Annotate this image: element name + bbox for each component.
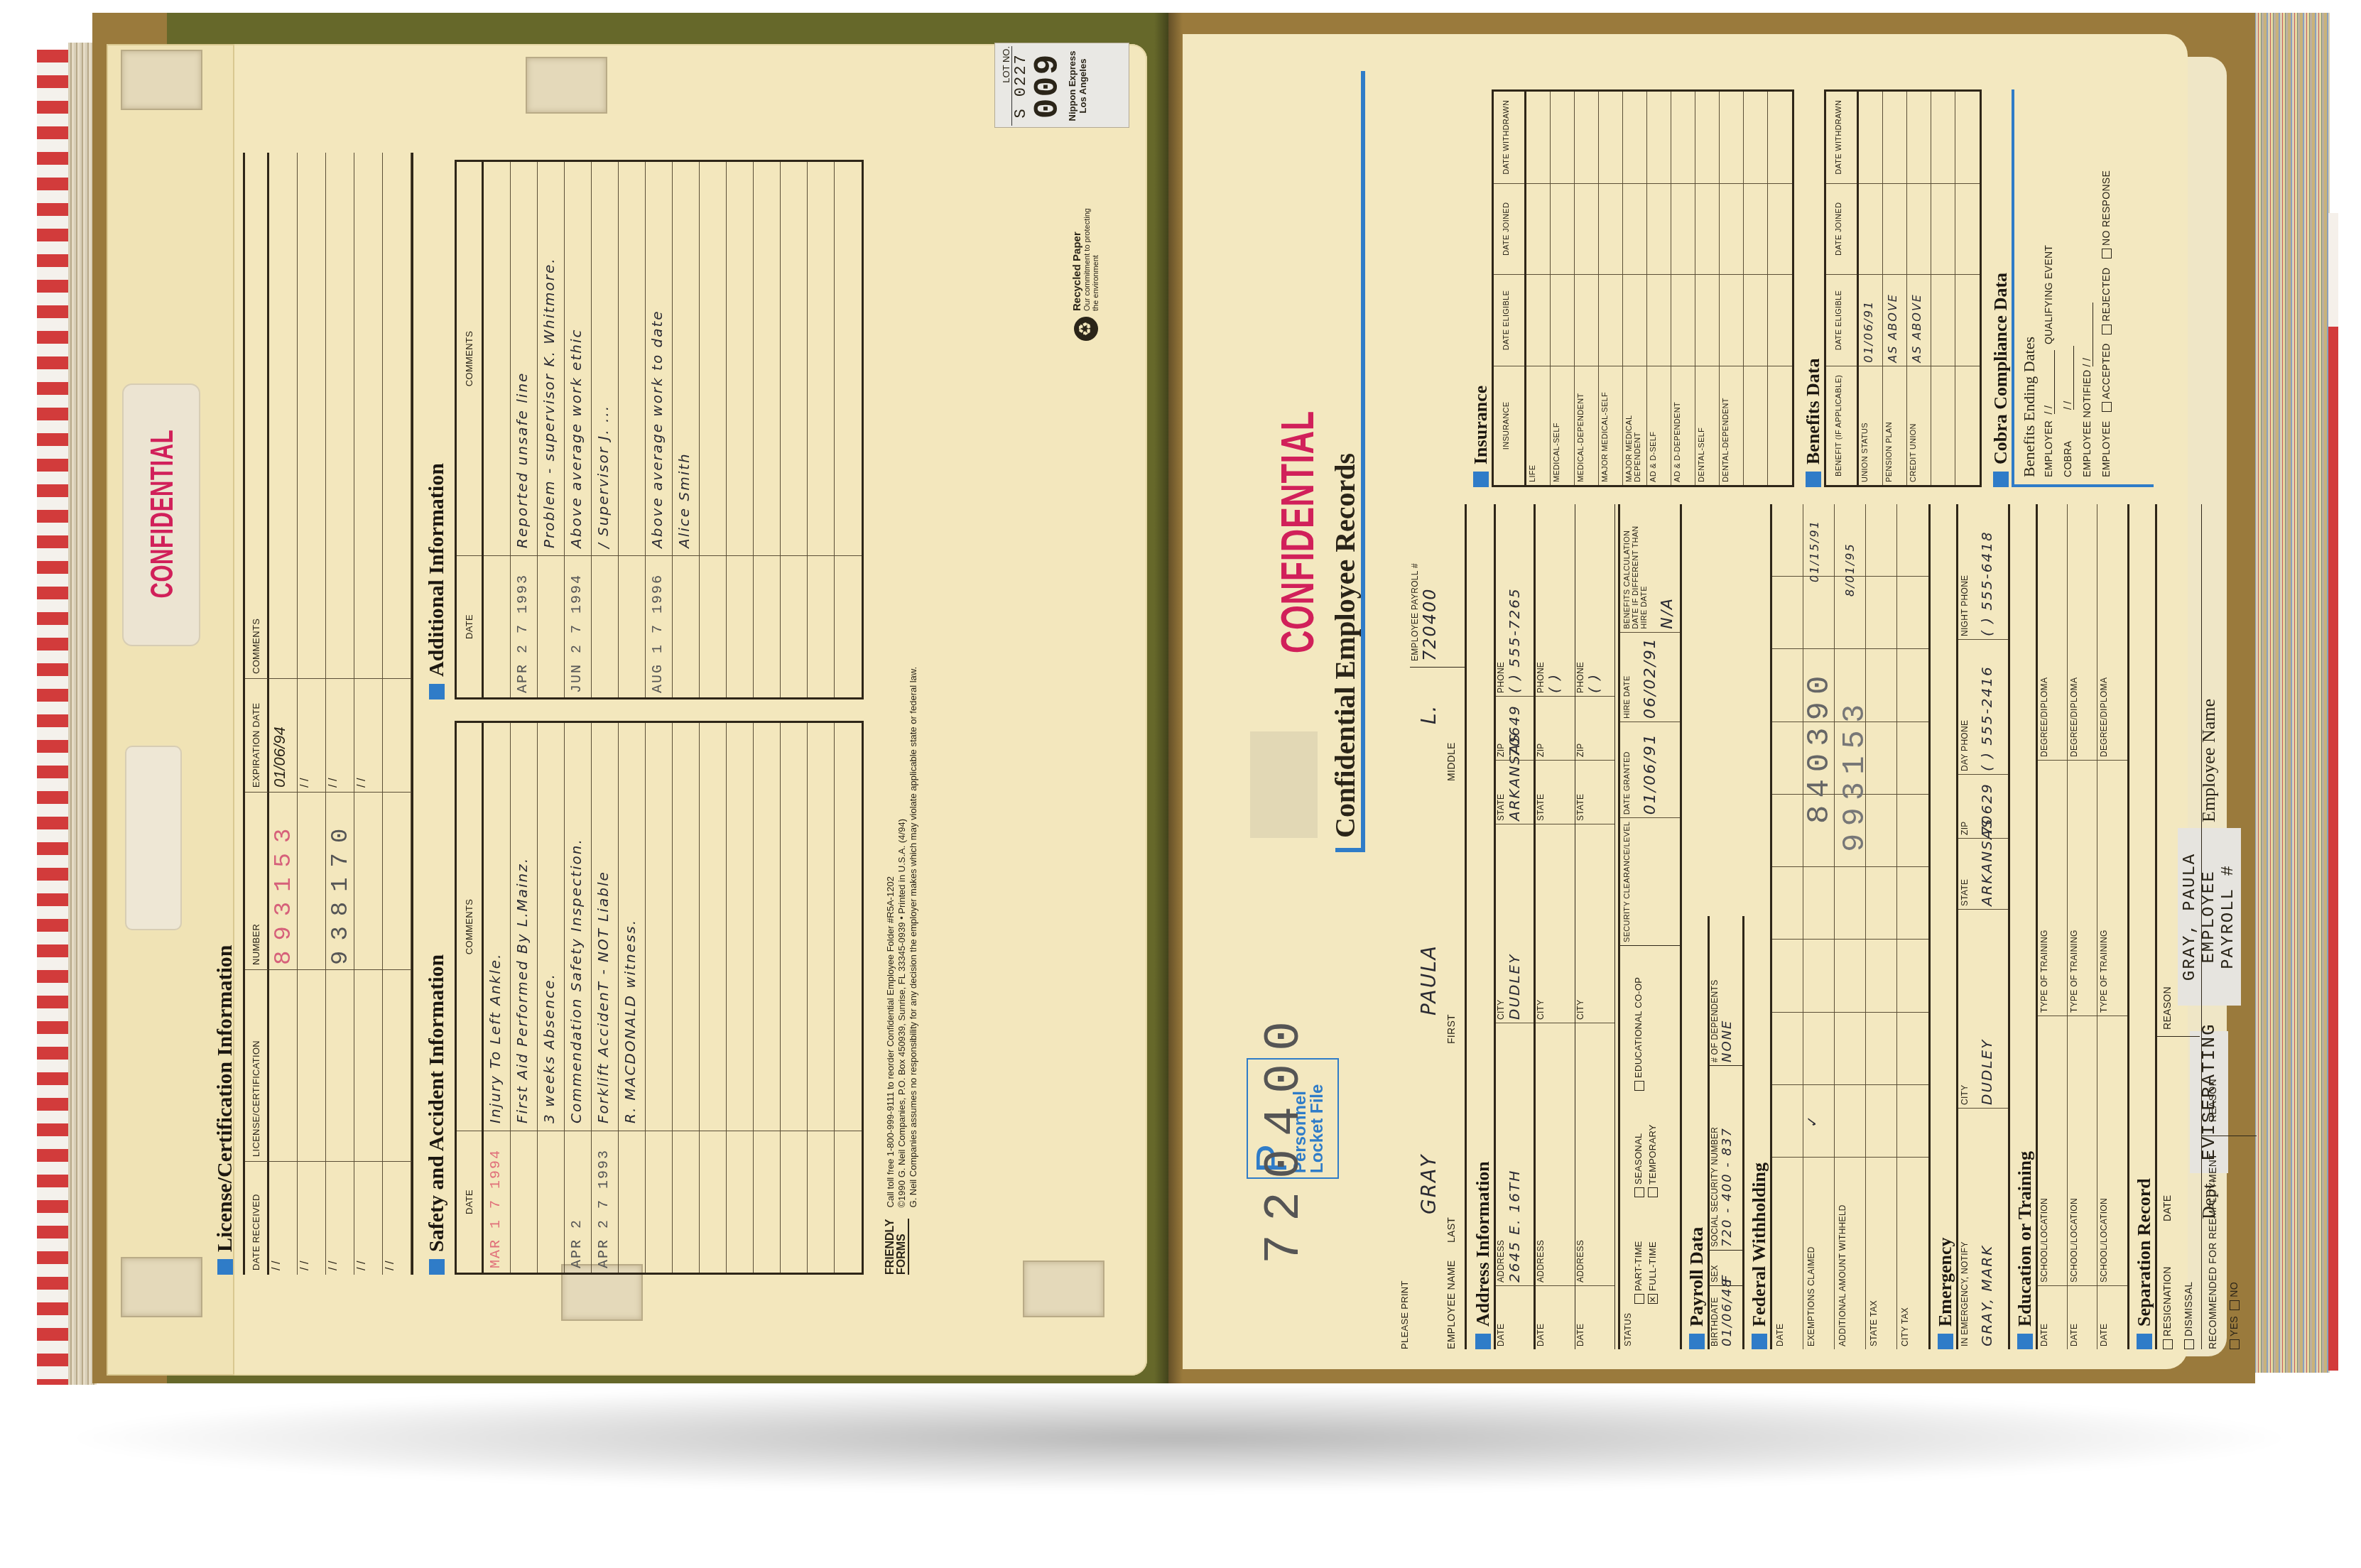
confidential-stamp: CONFIDENTIAL bbox=[145, 435, 180, 599]
safety-row: APR 2 7 1993Forklift AccidenT - NOT Liab… bbox=[592, 723, 619, 1273]
status-label: STATUS bbox=[1623, 949, 1633, 1346]
federal-cell[interactable] bbox=[1772, 722, 1803, 795]
safety-date bbox=[511, 1131, 537, 1273]
safety-row bbox=[646, 723, 673, 1273]
emergency-col-label: ZIP bbox=[1960, 778, 1970, 835]
license-col-header: DATE RECEIVED bbox=[245, 1161, 269, 1275]
safety-date: APR 2 bbox=[565, 1131, 591, 1273]
benefits-cell[interactable]: AS ABOVE bbox=[1907, 274, 1931, 366]
lot-carrier: Nippon Express bbox=[1067, 46, 1078, 126]
insurance-cell[interactable] bbox=[1695, 183, 1719, 275]
insurance-row bbox=[1744, 92, 1768, 485]
license-cell: 01/06/94 bbox=[269, 678, 298, 792]
address-value: ( ) bbox=[1546, 507, 1563, 693]
federal-cell[interactable] bbox=[1803, 577, 1834, 649]
insurance-row: MEDICAL-DEPENDENT bbox=[1575, 92, 1599, 485]
additional-date bbox=[835, 555, 862, 697]
safety-comment bbox=[673, 723, 699, 1131]
education-row: DATESCHOOL/LOCATIONTYPE OF TRAININGDEGRE… bbox=[2097, 504, 2127, 1349]
federal-cell[interactable] bbox=[1772, 795, 1803, 867]
additional-row bbox=[484, 162, 511, 697]
payroll-section-title: Payroll Data bbox=[1686, 504, 1708, 1349]
lot-number: S 0227 bbox=[1012, 46, 1030, 126]
insurance-cell[interactable] bbox=[1647, 92, 1671, 183]
federal-cell[interactable] bbox=[1772, 577, 1803, 649]
status-field-value: 01/06/91 bbox=[1641, 725, 1659, 815]
insurance-cell[interactable] bbox=[1647, 274, 1671, 366]
federal-cell[interactable] bbox=[1897, 940, 1928, 1012]
confidential-stamp-right: CONFIDENTIAL bbox=[1271, 410, 1324, 653]
federal-cell[interactable] bbox=[1897, 649, 1928, 722]
status-option[interactable]: TEMPORARY bbox=[1647, 1091, 1659, 1197]
benefits-cell[interactable] bbox=[1859, 183, 1882, 275]
additional-row: JUN 2 7 1994Above average work ethic bbox=[565, 162, 592, 697]
federal-cell[interactable] bbox=[1772, 867, 1803, 940]
insurance-cell[interactable] bbox=[1526, 92, 1550, 183]
insurance-cell[interactable] bbox=[1623, 92, 1646, 183]
benefits-row-label: PENSION PLAN bbox=[1883, 366, 1906, 485]
safety-date bbox=[808, 1131, 834, 1273]
additional-comment bbox=[700, 162, 726, 555]
insurance-cell[interactable] bbox=[1768, 92, 1792, 183]
license-cell bbox=[354, 153, 383, 678]
license-cell bbox=[298, 792, 326, 969]
address-col-label: ADDRESS bbox=[1536, 1026, 1546, 1283]
insurance-cell[interactable] bbox=[1599, 183, 1622, 275]
federal-row-label: CITY TAX bbox=[1897, 1158, 1928, 1349]
fastener bbox=[526, 57, 607, 114]
insurance-cell[interactable] bbox=[1526, 183, 1550, 275]
additional-comments-header: COMMENTS bbox=[457, 162, 482, 555]
license-col-header: NUMBER bbox=[245, 792, 269, 969]
address-col-label: ADDRESS bbox=[1575, 1026, 1585, 1283]
benefits-row bbox=[1931, 92, 1955, 485]
safety-row bbox=[835, 723, 862, 1273]
insurance-cell[interactable] bbox=[1599, 274, 1622, 366]
employee-payroll-value: 720400 bbox=[1420, 563, 1440, 661]
status-option[interactable]: ✕FULL-TIME bbox=[1647, 1197, 1659, 1304]
safety-date bbox=[673, 1131, 699, 1273]
education-table: DATESCHOOL/LOCATIONTYPE OF TRAININGDEGRE… bbox=[2036, 504, 2129, 1349]
emergency-col-label: CITY bbox=[1960, 913, 1970, 1105]
federal-section-title: Federal Withholding bbox=[1749, 504, 1770, 1349]
federal-cell[interactable] bbox=[1772, 504, 1803, 577]
benefits-row-label: CREDIT UNION bbox=[1907, 366, 1931, 485]
emergency-value: ( ) 555-2416 bbox=[1978, 643, 1995, 771]
education-col-label: SCHOOL/LOCATION bbox=[2038, 1016, 2067, 1285]
federal-row: ADDITIONAL AMOUNT WITHHELD bbox=[1835, 504, 1866, 1349]
safety-row: MAR 1 7 1994Injury To Left Ankle. bbox=[484, 723, 511, 1273]
form-main-column: PLEASE PRINT EMPLOYEE NAME LAST GRAY FIR… bbox=[1399, 504, 2254, 1349]
federal-cell[interactable] bbox=[1897, 722, 1928, 795]
benefits-section-title: Benefits Data bbox=[1803, 89, 1824, 487]
additional-row: Problem - supervisor K. Whitmore. bbox=[538, 162, 565, 697]
status-checkbox[interactable]: ✕ bbox=[1648, 1294, 1658, 1304]
insurance-row: AD & D-SELF bbox=[1647, 92, 1671, 485]
address-col-label: CITY bbox=[1536, 827, 1546, 1020]
federal-row: DATE bbox=[1772, 504, 1803, 1349]
federal-withholding-table: DATEEXEMPTIONS CLAIMED✓ADDITIONAL AMOUNT… bbox=[1770, 504, 1931, 1349]
insurance-cell[interactable] bbox=[1599, 92, 1622, 183]
additional-comment: Problem - supervisor K. Whitmore. bbox=[538, 162, 564, 555]
safety-date bbox=[700, 1131, 726, 1273]
form-footer: FRIENDLYFORMS Call toll free 1-800-999-9… bbox=[885, 138, 919, 1275]
safety-comment: Commendation Safety Inspection. bbox=[565, 723, 591, 1131]
last-name-value: GRAY bbox=[1417, 1154, 1440, 1214]
safety-row: 3 weeks Absence. bbox=[538, 723, 565, 1273]
address-value: 70649 bbox=[1506, 699, 1523, 757]
insurance-cell[interactable] bbox=[1551, 92, 1574, 183]
status-checkbox[interactable] bbox=[1634, 1081, 1644, 1091]
education-col-label: DEGREE/DIPLOMA bbox=[2068, 504, 2097, 760]
emergency-col-label: IN EMERGENCY, NOTIFY bbox=[1960, 1111, 1970, 1346]
additional-comment: Reported unsafe line bbox=[511, 162, 537, 555]
additional-row: AUG 1 7 1996Above average work to date bbox=[646, 162, 673, 697]
insurance-cell[interactable] bbox=[1744, 274, 1767, 366]
benefits-ending-dates-label: Benefits Ending Dates bbox=[2020, 89, 2039, 477]
additional-comment bbox=[484, 162, 510, 555]
address-value: DUDLEY bbox=[1506, 827, 1523, 1020]
federal-cell[interactable] bbox=[1803, 940, 1834, 1012]
additional-row bbox=[619, 162, 646, 697]
insurance-table: INSURANCEDATE ELIGIBLEDATE JOINEDDATE WI… bbox=[1492, 89, 1794, 487]
personnel-folder-photo: CONFIDENTIAL LOT NO. S 0227 009 Nippon E… bbox=[0, 0, 2361, 1568]
address-col-label: PHONE bbox=[1536, 507, 1546, 693]
emergency-value: ( ) 555-6418 bbox=[1978, 507, 1995, 636]
additional-section-title: Additional Information bbox=[425, 160, 449, 699]
benefits-cell[interactable] bbox=[1955, 183, 1980, 275]
benefits-row-label: UNION STATUS bbox=[1859, 366, 1882, 485]
benefits-row bbox=[1955, 92, 1980, 485]
status-checkbox[interactable] bbox=[1634, 1187, 1644, 1197]
address-col-label: STATE bbox=[1575, 763, 1585, 821]
insurance-cell[interactable] bbox=[1647, 183, 1671, 275]
safety-comment bbox=[646, 723, 672, 1131]
license-col-header: EXPIRATION DATE bbox=[245, 678, 269, 792]
status-field-value: 06/02/91 bbox=[1641, 636, 1659, 719]
benefits-row: PENSION PLANAS ABOVE bbox=[1883, 92, 1907, 485]
license-cell: / / bbox=[354, 1161, 383, 1275]
insurance-cell[interactable] bbox=[1575, 183, 1598, 275]
additional-comment bbox=[727, 162, 753, 555]
address-table: DATEADDRESS2645 E. 16THCITYDUDLEYSTATEAR… bbox=[1494, 504, 1615, 1349]
insurance-cell[interactable] bbox=[1695, 92, 1719, 183]
insurance-cell[interactable] bbox=[1575, 274, 1598, 366]
insurance-row: MAJOR MEDICAL-SELF bbox=[1599, 92, 1623, 485]
safety-date bbox=[754, 1131, 780, 1273]
safety-row bbox=[700, 723, 727, 1273]
insurance-cell[interactable] bbox=[1623, 183, 1646, 275]
benefits-cell[interactable] bbox=[1883, 183, 1906, 275]
education-row: DATESCHOOL/LOCATIONTYPE OF TRAININGDEGRE… bbox=[2068, 504, 2097, 1349]
insurance-cell[interactable] bbox=[1744, 183, 1767, 275]
safety-date bbox=[538, 1131, 564, 1273]
safety-date bbox=[619, 1131, 645, 1273]
additional-date bbox=[754, 555, 780, 697]
safety-row: R. MACDONALD witness. bbox=[619, 723, 646, 1273]
cobra-rejected-checkbox[interactable] bbox=[2102, 325, 2112, 334]
license-cell: / / bbox=[326, 678, 354, 792]
federal-cell[interactable] bbox=[1866, 1085, 1896, 1158]
additional-date bbox=[808, 555, 834, 697]
cobra-section-title: Cobra Compliance Data bbox=[1990, 89, 2012, 487]
additional-date bbox=[700, 555, 726, 697]
insurance-cell[interactable] bbox=[1671, 92, 1695, 183]
insurance-row-label bbox=[1768, 366, 1792, 485]
additional-date bbox=[619, 555, 645, 697]
status-field-value: N/A bbox=[1659, 507, 1676, 629]
drop-shadow bbox=[57, 1385, 2301, 1491]
page-edges-left bbox=[37, 50, 70, 1385]
first-name-value: PAULA bbox=[1417, 944, 1440, 1016]
insurance-row-label: LIFE bbox=[1526, 366, 1550, 485]
benefits-cell[interactable]: 01/06/91 bbox=[1859, 274, 1882, 366]
benefits-cell[interactable] bbox=[1907, 92, 1931, 183]
license-cell bbox=[383, 678, 411, 792]
education-col-label: DATE bbox=[2038, 1285, 2067, 1349]
status-checkbox[interactable] bbox=[1648, 1187, 1658, 1197]
insurance-row: AD & D-DEPENDENT bbox=[1671, 92, 1695, 485]
safety-row bbox=[781, 723, 808, 1273]
license-cell: / / bbox=[383, 1161, 411, 1275]
insurance-section-title: Insurance bbox=[1470, 89, 1492, 487]
safety-comment: 3 weeks Absence. bbox=[538, 723, 564, 1131]
education-col-label: DATE bbox=[2068, 1285, 2097, 1349]
license-cell bbox=[383, 969, 411, 1161]
footer-line-3: G. Neil Companies assumes no responsibil… bbox=[908, 667, 919, 1208]
education-section-title: Education or Training bbox=[2014, 504, 2036, 1349]
benefits-cell[interactable] bbox=[1955, 274, 1980, 366]
address-col-label: DATE bbox=[1575, 1289, 1585, 1346]
additional-date bbox=[781, 555, 807, 697]
federal-cell[interactable] bbox=[1835, 867, 1865, 940]
federal-cell[interactable] bbox=[1866, 867, 1896, 940]
license-cell bbox=[326, 969, 354, 1161]
license-cell bbox=[269, 969, 298, 1161]
federal-cell[interactable] bbox=[1866, 577, 1896, 649]
benefits-cell[interactable]: AS ABOVE bbox=[1883, 274, 1906, 366]
license-cell: / / bbox=[354, 678, 383, 792]
fastener bbox=[121, 50, 202, 110]
benefits-cell[interactable] bbox=[1931, 92, 1955, 183]
additional-date: JUN 2 7 1994 bbox=[565, 555, 591, 697]
insurance-cell[interactable] bbox=[1720, 183, 1743, 275]
safety-comment bbox=[808, 723, 834, 1131]
safety-comment bbox=[781, 723, 807, 1131]
additional-comment: Above average work to date bbox=[646, 162, 672, 555]
dismissal-checkbox[interactable] bbox=[2184, 1339, 2194, 1349]
license-cell: / / bbox=[326, 1161, 354, 1275]
emergency-value: ARKANSAS bbox=[1978, 842, 1995, 906]
section-marker-icon bbox=[429, 1259, 445, 1275]
middle-initial-value: L. bbox=[1417, 704, 1440, 725]
status-option[interactable]: SEASONAL bbox=[1633, 1091, 1644, 1197]
additional-row: APR 2 7 1993Reported unsafe line bbox=[511, 162, 538, 697]
status-row: STATUSPART-TIMESEASONALEDUCATIONAL CO-OP… bbox=[1618, 504, 1682, 1349]
recycled-title: Recycled Paper bbox=[1071, 205, 1083, 311]
stamp-2-note: 8/01/95 bbox=[1843, 543, 1857, 597]
federal-cell[interactable] bbox=[1897, 1013, 1928, 1085]
license-cell bbox=[383, 792, 411, 969]
license-table: DATE RECEIVEDLICENSE/CERTIFICATIONNUMBER… bbox=[243, 153, 413, 1275]
status-checkbox[interactable] bbox=[1634, 1294, 1644, 1304]
additional-comment bbox=[781, 162, 807, 555]
federal-cell[interactable] bbox=[1897, 867, 1928, 940]
rehire-no-checkbox[interactable] bbox=[2230, 1300, 2240, 1310]
safety-row: First Aid Performed By L.Mainz. bbox=[511, 723, 538, 1273]
federal-cell[interactable] bbox=[1835, 1013, 1865, 1085]
section-marker-icon bbox=[217, 1259, 233, 1275]
address-col-label: ZIP bbox=[1496, 699, 1506, 757]
safety-date bbox=[835, 1131, 862, 1273]
federal-cell[interactable] bbox=[1897, 795, 1928, 867]
insurance-cell[interactable] bbox=[1768, 274, 1792, 366]
address-row: DATEADDRESSCITYSTATEZIPPHONE( ) bbox=[1575, 504, 1615, 1349]
insurance-cell[interactable] bbox=[1671, 274, 1695, 366]
status-option[interactable]: EDUCATIONAL CO-OP bbox=[1633, 949, 1644, 1091]
license-cell bbox=[298, 969, 326, 1161]
additional-row bbox=[754, 162, 781, 697]
additional-comment bbox=[619, 162, 645, 555]
insurance-cell[interactable] bbox=[1575, 92, 1598, 183]
status-option[interactable]: PART-TIME bbox=[1633, 1197, 1644, 1304]
education-col-label: DEGREE/DIPLOMA bbox=[2038, 504, 2067, 760]
payroll-stamp-1: 840390 bbox=[1802, 669, 1838, 824]
license-col-header: COMMENTS bbox=[245, 153, 269, 678]
insurance-cell[interactable] bbox=[1720, 274, 1743, 366]
additional-row bbox=[700, 162, 727, 697]
federal-row-label: EXEMPTIONS CLAIMED bbox=[1803, 1158, 1834, 1349]
license-cell bbox=[298, 153, 326, 678]
benefits-col-header: BENEFIT (IF APPLICABLE) bbox=[1826, 366, 1857, 485]
federal-cell[interactable] bbox=[1866, 504, 1896, 577]
status-field-label: HIRE DATE bbox=[1623, 636, 1632, 719]
benefits-cell[interactable] bbox=[1859, 92, 1882, 183]
safety-comments-header: COMMENTS bbox=[457, 723, 482, 1131]
federal-cell[interactable] bbox=[1835, 1085, 1865, 1158]
address-col-label: PHONE bbox=[1496, 507, 1506, 693]
benefits-row: UNION STATUS01/06/91 bbox=[1859, 92, 1883, 485]
benefits-col-header: DATE WITHDRAWN bbox=[1826, 92, 1857, 183]
form-side-column: Insurance INSURANCEDATE ELIGIBLEDATE JOI… bbox=[1399, 89, 2254, 487]
insurance-cell[interactable] bbox=[1744, 92, 1767, 183]
insurance-row-label: DENTAL-SELF bbox=[1695, 366, 1719, 485]
safety-comment: Injury To Left Ankle. bbox=[484, 723, 510, 1131]
address-section-title: Address Information bbox=[1472, 504, 1494, 1349]
insurance-col-header: DATE ELIGIBLE bbox=[1494, 274, 1524, 366]
payroll-row: BIRTHDATE01/06/48 SEXF SOCIAL SECURITY N… bbox=[1708, 916, 1744, 1349]
lot-label: LOT NO. S 0227 009 Nippon Express Los An… bbox=[994, 43, 1129, 128]
safety-comment bbox=[835, 723, 862, 1131]
payroll-stamp-2: 993153 bbox=[1838, 697, 1873, 852]
insurance-row bbox=[1768, 92, 1792, 485]
insurance-cell[interactable] bbox=[1671, 183, 1695, 275]
label-sticker-blank bbox=[125, 746, 182, 930]
benefits-col-header: DATE JOINED bbox=[1826, 183, 1857, 275]
additional-comment bbox=[754, 162, 780, 555]
safety-table: DATECOMMENTSMAR 1 7 1994Injury To Left A… bbox=[455, 721, 864, 1275]
insurance-cell[interactable] bbox=[1720, 92, 1743, 183]
federal-cell[interactable] bbox=[1772, 940, 1803, 1012]
cobra-no-response-checkbox[interactable] bbox=[2102, 249, 2112, 258]
address-col-label: STATE bbox=[1536, 763, 1546, 821]
benefits-cell[interactable] bbox=[1931, 183, 1955, 275]
federal-cell[interactable] bbox=[1835, 940, 1865, 1012]
federal-cell[interactable] bbox=[1866, 1013, 1896, 1085]
address-row: DATEADDRESS2645 E. 16THCITYDUDLEYSTATEAR… bbox=[1496, 504, 1536, 1349]
cobra-accepted-checkbox[interactable] bbox=[2102, 402, 2112, 412]
insurance-row: DENTAL-SELF bbox=[1695, 92, 1720, 485]
additional-row: Alice Smith bbox=[673, 162, 700, 697]
federal-row-label: STATE TAX bbox=[1866, 1158, 1896, 1349]
insurance-cell[interactable] bbox=[1768, 183, 1792, 275]
federal-cell[interactable] bbox=[1897, 577, 1928, 649]
federal-cell[interactable] bbox=[1772, 1085, 1803, 1158]
license-cell: 893153 bbox=[269, 792, 298, 969]
additional-row bbox=[727, 162, 754, 697]
safety-date bbox=[646, 1131, 672, 1273]
emergency-section-title: Emergency bbox=[1935, 504, 1956, 1349]
federal-cell[interactable]: ✓ bbox=[1803, 1085, 1834, 1158]
benefits-row-label bbox=[1955, 366, 1980, 485]
insurance-cell[interactable] bbox=[1551, 183, 1574, 275]
education-col-label: SCHOOL/LOCATION bbox=[2068, 1016, 2097, 1285]
federal-cell[interactable] bbox=[1772, 1013, 1803, 1085]
benefits-cell[interactable] bbox=[1931, 274, 1955, 366]
address-col-label: CITY bbox=[1496, 827, 1506, 1020]
federal-cell[interactable] bbox=[1897, 504, 1928, 577]
education-col-label: DEGREE/DIPLOMA bbox=[2097, 504, 2127, 760]
resignation-checkbox[interactable] bbox=[2163, 1339, 2173, 1349]
additional-date: AUG 1 7 1996 bbox=[646, 555, 672, 697]
recycle-icon: ♻ bbox=[1074, 317, 1098, 341]
additional-date bbox=[727, 555, 753, 697]
emergency-value: 70629 bbox=[1978, 778, 1995, 835]
safety-row: APR 2Commendation Safety Inspection. bbox=[565, 723, 592, 1273]
insurance-row-label: MEDICAL-DEPENDENT bbox=[1575, 366, 1598, 485]
insurance-cell[interactable] bbox=[1695, 274, 1719, 366]
additional-table: DATECOMMENTSAPR 2 7 1993Reported unsafe … bbox=[455, 160, 864, 699]
federal-cell[interactable] bbox=[1803, 1013, 1834, 1085]
federal-row: STATE TAX bbox=[1866, 504, 1897, 1349]
benefits-row-label bbox=[1931, 366, 1955, 485]
additional-date bbox=[538, 555, 564, 697]
address-col-label: DATE bbox=[1496, 1289, 1506, 1346]
federal-cell[interactable] bbox=[1772, 649, 1803, 722]
employee-name-row: EMPLOYEE NAME LAST GRAY FIRST PAULA MIDD… bbox=[1417, 504, 1467, 1349]
benefits-cell[interactable] bbox=[1907, 183, 1931, 275]
benefits-cell[interactable] bbox=[1883, 92, 1906, 183]
benefits-cell[interactable] bbox=[1955, 92, 1980, 183]
insurance-cell[interactable] bbox=[1526, 274, 1550, 366]
federal-cell[interactable] bbox=[1866, 940, 1896, 1012]
additional-date bbox=[484, 555, 510, 697]
insurance-row: MAJOR MEDICAL DEPENDENT bbox=[1623, 92, 1647, 485]
insurance-cell[interactable] bbox=[1623, 274, 1646, 366]
lot-city: Los Angeles bbox=[1078, 46, 1088, 126]
education-col-label: TYPE OF TRAINING bbox=[2038, 760, 2067, 1016]
federal-cell[interactable] bbox=[1803, 867, 1834, 940]
rehire-yes-checkbox[interactable] bbox=[2230, 1339, 2240, 1349]
insurance-row-label: MAJOR MEDICAL DEPENDENT bbox=[1623, 366, 1646, 485]
insurance-row-label: DENTAL-DEPENDENT bbox=[1720, 366, 1743, 485]
license-cell: 938170 bbox=[326, 792, 354, 969]
emergency-value: DUDLEY bbox=[1978, 913, 1995, 1105]
insurance-cell[interactable] bbox=[1551, 274, 1574, 366]
federal-cell[interactable] bbox=[1897, 1085, 1928, 1158]
status-field-label: DATE GRANTED bbox=[1623, 725, 1632, 815]
form-title: Confidential Employee Records bbox=[1328, 453, 1362, 838]
